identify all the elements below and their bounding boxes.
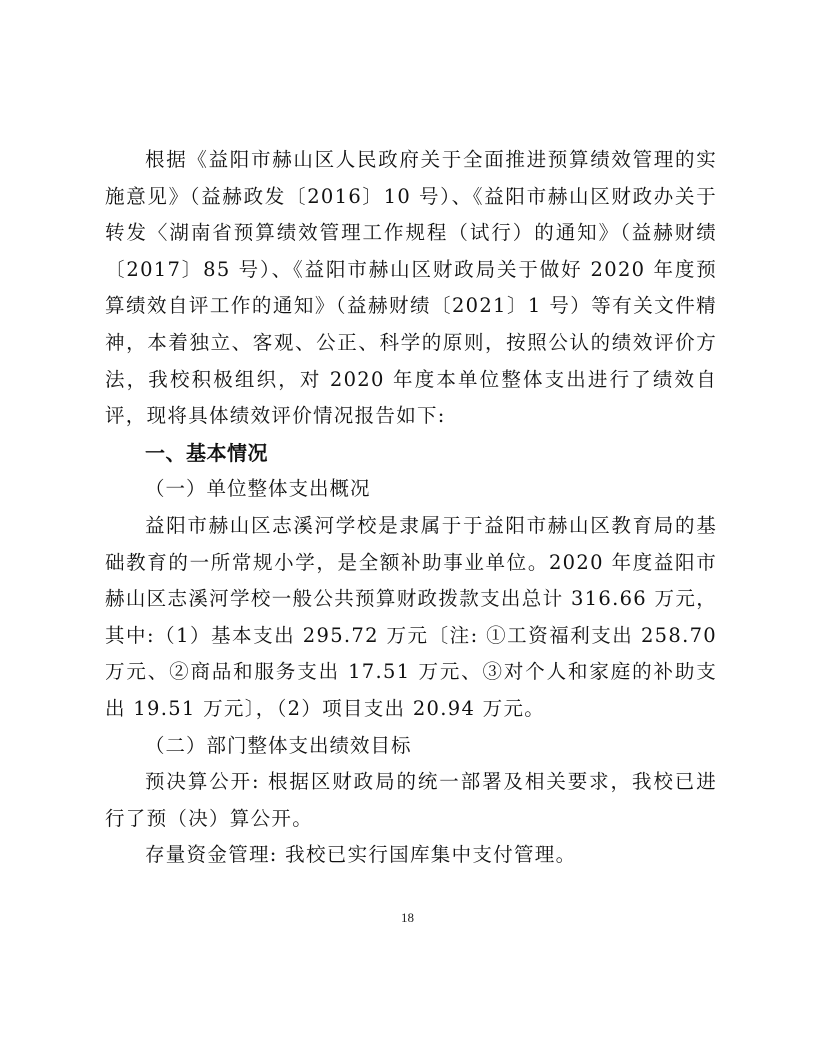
budget-disclosure-paragraph: 预决算公开: 根据区财政局的统一部署及相关要求，我校已进行了预（决）算公开。 xyxy=(105,764,717,837)
expenditure-overview-paragraph: 益阳市赫山区志溪河学校是隶属于于益阳市赫山区教育局的基础教育的一所常规小学，是全… xyxy=(105,508,717,728)
fund-management-paragraph: 存量资金管理: 我校已实行国库集中支付管理。 xyxy=(105,837,717,874)
page-number: 18 xyxy=(0,910,815,926)
section-heading-basic-info: 一、基本情况 xyxy=(105,435,717,472)
intro-paragraph: 根据《益阳市赫山区人民政府关于全面推进预算绩效管理的实施意见》（益赫政发〔201… xyxy=(105,142,717,435)
document-page: 根据《益阳市赫山区人民政府关于全面推进预算绩效管理的实施意见》（益赫政发〔201… xyxy=(0,0,815,1055)
subsection-heading-expenditure-overview: （一）单位整体支出概况 xyxy=(105,471,717,508)
document-body: 根据《益阳市赫山区人民政府关于全面推进预算绩效管理的实施意见》（益赫政发〔201… xyxy=(105,142,717,874)
subsection-heading-performance-goals: （二）部门整体支出绩效目标 xyxy=(105,728,717,765)
